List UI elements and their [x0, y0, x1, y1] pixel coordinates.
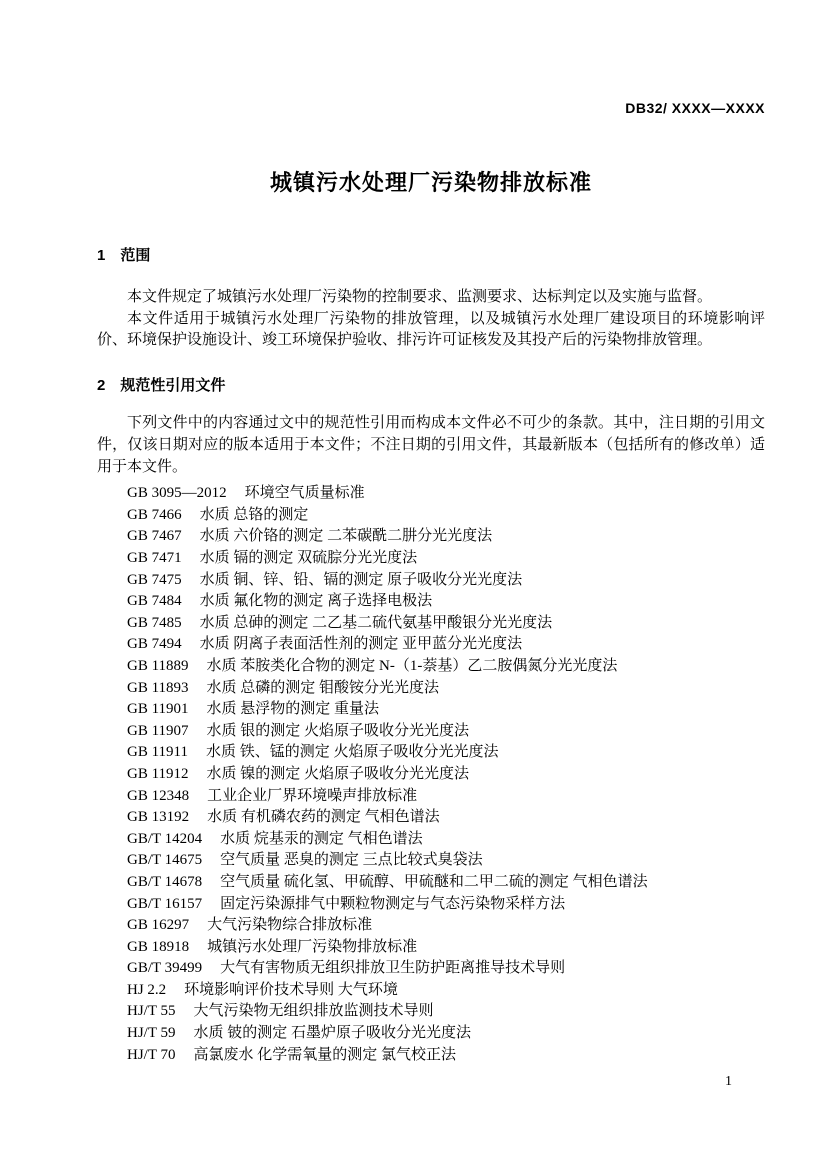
- reference-item: GB 7475水质 铜、锌、铅、镉的测定 原子吸收分光光度法: [127, 570, 765, 592]
- reference-title: 水质 总磷的测定 钼酸铵分光光度法: [207, 680, 440, 696]
- reference-item: GB 7471水质 镉的测定 双硫腙分光光度法: [127, 548, 765, 570]
- reference-item: GB 11893水质 总磷的测定 钼酸铵分光光度法: [127, 678, 765, 700]
- reference-title: 城镇污水处理厂污染物排放标准: [207, 939, 417, 955]
- reference-code: HJ/T 59: [127, 1025, 175, 1041]
- reference-code: GB 7471: [127, 550, 182, 566]
- reference-item: GB 3095—2012环境空气质量标准: [127, 483, 765, 505]
- reference-title: 环境影响评价技术导则 大气环境: [184, 982, 398, 998]
- reference-item: GB 18918城镇污水处理厂污染物排放标准: [127, 937, 765, 959]
- reference-code: GB 18918: [127, 939, 189, 955]
- reference-title: 大气污染物综合排放标准: [207, 917, 372, 933]
- reference-title: 水质 有机磷农药的测定 气相色谱法: [207, 809, 440, 825]
- document-title: 城镇污水处理厂污染物排放标准: [97, 170, 765, 196]
- reference-item: GB 13192水质 有机磷农药的测定 气相色谱法: [127, 807, 765, 829]
- section-references-heading: 2规范性引用文件: [97, 377, 765, 394]
- reference-code: GB 7475: [127, 572, 182, 588]
- reference-item: GB 7485水质 总砷的测定 二乙基二硫代氨基甲酸银分光光度法: [127, 613, 765, 635]
- reference-code: GB 11911: [127, 744, 188, 760]
- reference-title: 水质 烷基汞的测定 气相色谱法: [220, 831, 423, 847]
- reference-code: GB/T 14204: [127, 831, 202, 847]
- reference-title: 空气质量 恶臭的测定 三点比较式臭袋法: [220, 852, 483, 868]
- reference-code: GB 7466: [127, 507, 182, 523]
- reference-item: GB 7466水质 总铬的测定: [127, 505, 765, 527]
- section-normative-references: 2规范性引用文件 下列文件中的内容通过文中的规范性引用而构成本文件必不可少的条款…: [97, 377, 765, 1066]
- section-heading-text: 范围: [120, 247, 150, 264]
- reference-code: GB 11901: [127, 701, 189, 717]
- reference-title: 水质 苯胺类化合物的测定 N-（1-萘基）乙二胺偶氮分光光度法: [207, 658, 618, 674]
- reference-item: GB 16297大气污染物综合排放标准: [127, 915, 765, 937]
- reference-item: HJ/T 55大气污染物无组织排放监测技术导则: [127, 1001, 765, 1023]
- reference-title: 高氯废水 化学需氧量的测定 氯气校正法: [193, 1047, 456, 1063]
- scope-paragraph: 本文件适用于城镇污水处理厂污染物的排放管理，以及城镇污水处理厂建设项目的环境影响…: [97, 309, 765, 352]
- reference-code: GB 7467: [127, 528, 182, 544]
- reference-title: 水质 铁、锰的测定 火焰原子吸收分光光度法: [206, 744, 499, 760]
- reference-item: GB 12348工业企业厂界环境噪声排放标准: [127, 786, 765, 808]
- references-intro-paragraph: 下列文件中的内容通过文中的规范性引用而构成本文件必不可少的条款。其中，注日期的引…: [97, 413, 765, 478]
- reference-code: GB 11889: [127, 658, 189, 674]
- page-footer: 1: [725, 1074, 732, 1090]
- reference-code: GB 12348: [127, 788, 189, 804]
- reference-item: HJ/T 70高氯废水 化学需氧量的测定 氯气校正法: [127, 1045, 765, 1067]
- reference-title: 水质 镉的测定 双硫腙分光光度法: [200, 550, 418, 566]
- reference-code: HJ/T 70: [127, 1047, 175, 1063]
- reference-title: 固定污染源排气中颗粒物测定与气态污染物采样方法: [220, 896, 565, 912]
- reference-item: GB/T 14678空气质量 硫化氢、甲硫醇、甲硫醚和二甲二硫的测定 气相色谱法: [127, 872, 765, 894]
- reference-code: GB 16297: [127, 917, 189, 933]
- reference-item: GB/T 16157固定污染源排气中颗粒物测定与气态污染物采样方法: [127, 894, 765, 916]
- document-header: DB32/ XXXX—XXXX: [97, 101, 765, 116]
- section-heading-text: 规范性引用文件: [120, 377, 225, 394]
- reference-code: GB 11912: [127, 766, 189, 782]
- reference-title: 水质 悬浮物的测定 重量法: [207, 701, 380, 717]
- section-scope: 1范围 本文件规定了城镇污水处理厂污染物的控制要求、监测要求、达标判定以及实施与…: [97, 247, 765, 352]
- reference-code: GB 7485: [127, 615, 182, 631]
- reference-title: 空气质量 硫化氢、甲硫醇、甲硫醚和二甲二硫的测定 气相色谱法: [220, 874, 648, 890]
- reference-title: 水质 银的测定 火焰原子吸收分光光度法: [207, 723, 470, 739]
- reference-code: GB 3095—2012: [127, 485, 227, 501]
- page-number: 1: [725, 1074, 732, 1089]
- section-number: 2: [97, 377, 105, 394]
- reference-item: GB 7484水质 氟化物的测定 离子选择电极法: [127, 591, 765, 613]
- reference-title: 水质 镍的测定 火焰原子吸收分光光度法: [207, 766, 470, 782]
- reference-title: 环境空气质量标准: [245, 485, 365, 501]
- reference-code: HJ 2.2: [127, 982, 166, 998]
- section-number: 1: [97, 247, 105, 264]
- reference-code: GB 11893: [127, 680, 189, 696]
- scope-paragraph: 本文件规定了城镇污水处理厂污染物的控制要求、监测要求、达标判定以及实施与监督。: [97, 287, 765, 309]
- reference-item: GB 11901水质 悬浮物的测定 重量法: [127, 699, 765, 721]
- reference-title: 水质 铜、锌、铅、镉的测定 原子吸收分光光度法: [200, 572, 523, 588]
- section-scope-heading: 1范围: [97, 247, 765, 264]
- reference-item: HJ/T 59水质 铍的测定 石墨炉原子吸收分光光度法: [127, 1023, 765, 1045]
- reference-title: 工业企业厂界环境噪声排放标准: [207, 788, 417, 804]
- reference-title: 大气有害物质无组织排放卫生防护距离推导技术导则: [220, 960, 565, 976]
- references-list: GB 3095—2012环境空气质量标准GB 7466水质 总铬的测定GB 74…: [97, 483, 765, 1066]
- reference-item: GB/T 39499大气有害物质无组织排放卫生防护距离推导技术导则: [127, 958, 765, 980]
- reference-item: GB 11907水质 银的测定 火焰原子吸收分光光度法: [127, 721, 765, 743]
- reference-code: GB/T 16157: [127, 896, 202, 912]
- reference-code: GB 7494: [127, 636, 182, 652]
- reference-code: GB 7484: [127, 593, 182, 609]
- reference-item: HJ 2.2环境影响评价技术导则 大气环境: [127, 980, 765, 1002]
- reference-code: GB/T 14675: [127, 852, 202, 868]
- reference-code: GB 11907: [127, 723, 189, 739]
- reference-title: 水质 氟化物的测定 离子选择电极法: [200, 593, 433, 609]
- document-page: DB32/ XXXX—XXXX 城镇污水处理厂污染物排放标准 1范围 本文件规定…: [0, 0, 827, 1169]
- reference-item: GB/T 14675空气质量 恶臭的测定 三点比较式臭袋法: [127, 850, 765, 872]
- standard-code: DB32/ XXXX—XXXX: [625, 100, 765, 116]
- reference-item: GB 11889水质 苯胺类化合物的测定 N-（1-萘基）乙二胺偶氮分光光度法: [127, 656, 765, 678]
- reference-title: 水质 阴离子表面活性剂的测定 亚甲蓝分光光度法: [200, 636, 523, 652]
- reference-item: GB 7467水质 六价铬的测定 二苯碳酰二肼分光光度法: [127, 526, 765, 548]
- reference-title: 水质 总铬的测定: [200, 507, 309, 523]
- reference-title: 水质 六价铬的测定 二苯碳酰二肼分光光度法: [200, 528, 493, 544]
- reference-title: 水质 总砷的测定 二乙基二硫代氨基甲酸银分光光度法: [200, 615, 553, 631]
- reference-code: GB/T 14678: [127, 874, 202, 890]
- reference-code: GB/T 39499: [127, 960, 202, 976]
- reference-item: GB/T 14204水质 烷基汞的测定 气相色谱法: [127, 829, 765, 851]
- reference-code: GB 13192: [127, 809, 189, 825]
- reference-item: GB 7494水质 阴离子表面活性剂的测定 亚甲蓝分光光度法: [127, 634, 765, 656]
- reference-item: GB 11912水质 镍的测定 火焰原子吸收分光光度法: [127, 764, 765, 786]
- reference-item: GB 11911水质 铁、锰的测定 火焰原子吸收分光光度法: [127, 742, 765, 764]
- reference-code: HJ/T 55: [127, 1003, 175, 1019]
- reference-title: 大气污染物无组织排放监测技术导则: [193, 1003, 433, 1019]
- reference-title: 水质 铍的测定 石墨炉原子吸收分光光度法: [193, 1025, 471, 1041]
